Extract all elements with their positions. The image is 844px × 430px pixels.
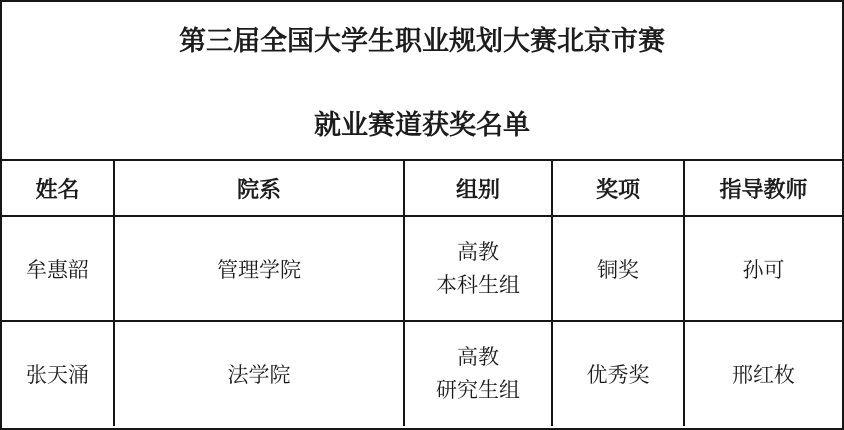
document-page: 第三届全国大学生职业规划大赛北京市赛 就业赛道获奖名单 姓名 院系 组别 奖项 … bbox=[0, 0, 844, 430]
cell-department: 法学院 bbox=[114, 321, 404, 426]
column-header-name: 姓名 bbox=[2, 161, 114, 216]
cell-award: 铜奖 bbox=[552, 216, 684, 321]
table-row: 张天涌 法学院 高教 研究生组 优秀奖 邢红枚 bbox=[2, 321, 842, 426]
cell-name: 牟惠韶 bbox=[2, 216, 114, 321]
cell-advisor: 孙可 bbox=[684, 216, 842, 321]
cell-group: 高教 本科生组 bbox=[404, 216, 552, 321]
document-title: 第三届全国大学生职业规划大赛北京市赛 bbox=[179, 26, 665, 58]
cell-advisor: 邢红枚 bbox=[684, 321, 842, 426]
column-header-department: 院系 bbox=[114, 161, 404, 216]
awards-table: 姓名 院系 组别 奖项 指导教师 牟惠韶 管理学院 高教 本科生组 铜奖 孙可 … bbox=[2, 161, 842, 426]
cell-name: 张天涌 bbox=[2, 321, 114, 426]
column-header-advisor: 指导教师 bbox=[684, 161, 842, 216]
document-header: 第三届全国大学生职业规划大赛北京市赛 就业赛道获奖名单 bbox=[2, 2, 842, 161]
cell-group: 高教 研究生组 bbox=[404, 321, 552, 426]
cell-award: 优秀奖 bbox=[552, 321, 684, 426]
table-row: 牟惠韶 管理学院 高教 本科生组 铜奖 孙可 bbox=[2, 216, 842, 321]
column-header-award: 奖项 bbox=[552, 161, 684, 216]
cell-department: 管理学院 bbox=[114, 216, 404, 321]
column-header-group: 组别 bbox=[404, 161, 552, 216]
table-header-row: 姓名 院系 组别 奖项 指导教师 bbox=[2, 161, 842, 216]
document-subtitle: 就业赛道获奖名单 bbox=[314, 110, 530, 142]
